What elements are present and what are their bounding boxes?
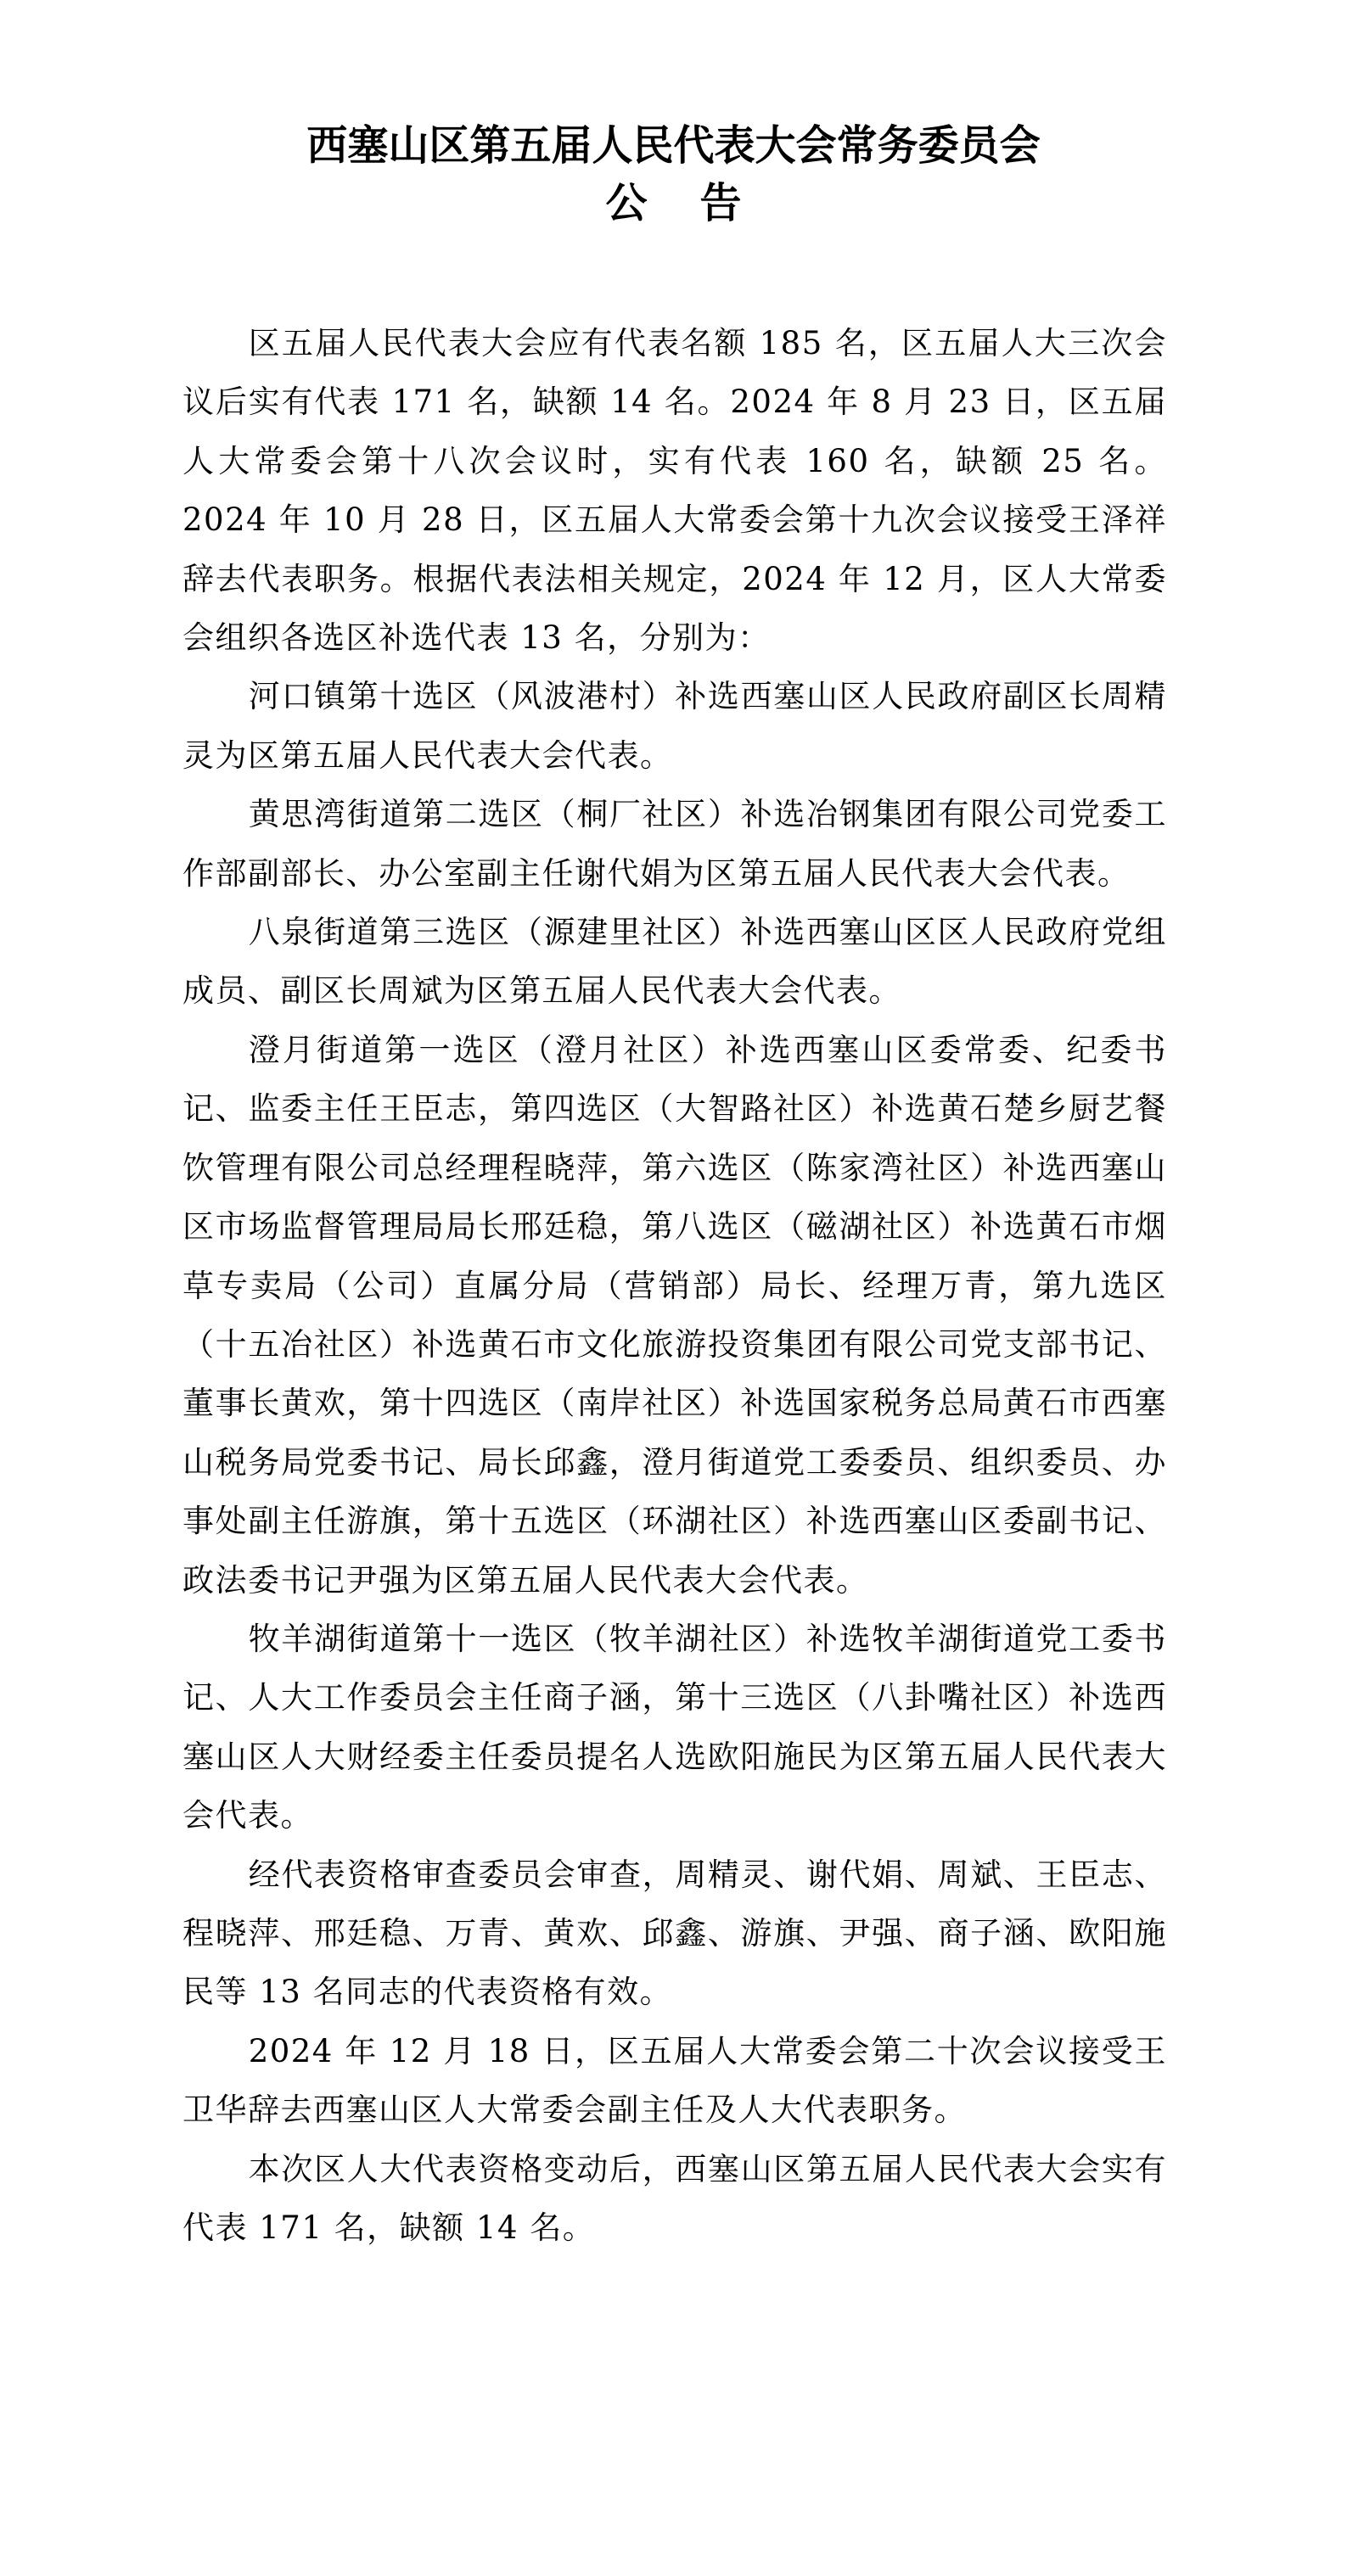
paragraph-huangsiwan-street: 黄思湾街道第二选区（桐厂社区）补选冶钢集团有限公司党委工作部副部长、办公室副主任…	[182, 785, 1167, 903]
paragraph-qualification-review: 经代表资格审查委员会审查，周精灵、谢代娟、周斌、王臣志、程晓萍、邢廷稳、万青、黄…	[182, 1845, 1167, 2022]
paragraph-baquan-street: 八泉街道第三选区（源建里社区）补选西塞山区区人民政府党组成员、副区长周斌为区第五…	[182, 903, 1167, 1021]
paragraph-chengyue-street: 澄月街道第一选区（澄月社区）补选西塞山区委常委、纪委书记、监委主任王臣志，第四选…	[182, 1021, 1167, 1610]
paragraph-muyanghu-street: 牧羊湖街道第十一选区（牧羊湖社区）补选牧羊湖街道党工委书记、人大工作委员会主任商…	[182, 1610, 1167, 1845]
paragraph-resignation: 2024 年 12 月 18 日，区五届人大常委会第二十次会议接受王卫华辞去西塞…	[182, 2022, 1167, 2140]
subtitle-char-1: 公	[605, 175, 647, 231]
document-title: 西塞山区第五届人民代表大会常务委员会	[14, 115, 1333, 175]
subtitle-char-2: 告	[700, 175, 742, 231]
document-header: 西塞山区第五届人民代表大会常务委员会 公告	[0, 115, 1347, 231]
document-body: 区五届人民代表大会应有代表名额 185 名，区五届人大三次会议后实有代表 171…	[182, 314, 1167, 2257]
document-page: 西塞山区第五届人民代表大会常务委员会 公告 区五届人民代表大会应有代表名额 18…	[0, 0, 1347, 2576]
document-subtitle: 公告	[0, 175, 1347, 231]
paragraph-hekou-town: 河口镇第十选区（风波港村）补选西塞山区人民政府副区长周精灵为区第五届人民代表大会…	[182, 667, 1167, 785]
paragraph-conclusion: 本次区人大代表资格变动后，西塞山区第五届人民代表大会实有代表 171 名，缺额 …	[182, 2140, 1167, 2258]
paragraph-intro: 区五届人民代表大会应有代表名额 185 名，区五届人大三次会议后实有代表 171…	[182, 314, 1167, 667]
